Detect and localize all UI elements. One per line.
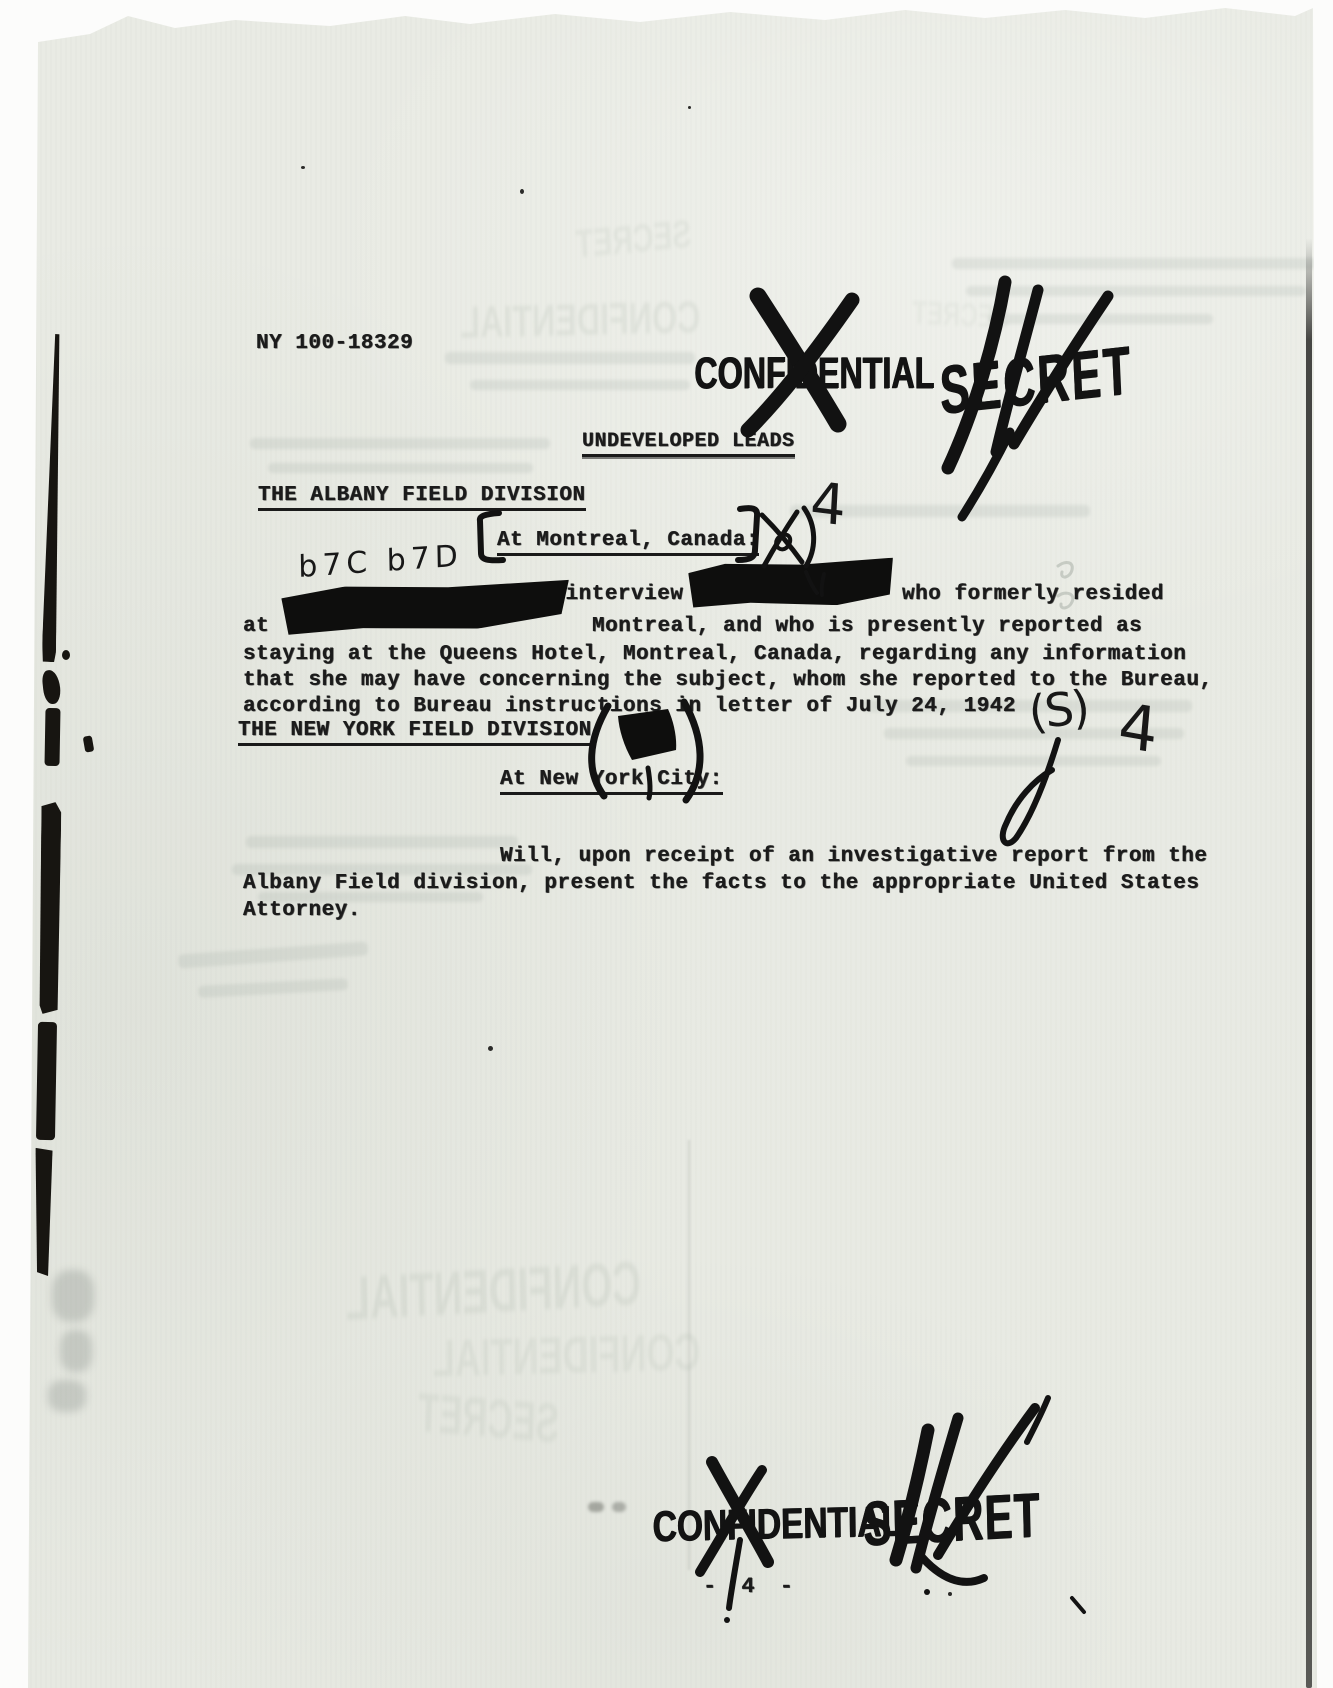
toner-smudge	[250, 438, 550, 449]
handwritten-exemption-codes: b7C b7D	[298, 539, 463, 586]
toner-smudge	[588, 1502, 604, 1512]
copier-streak	[44, 708, 60, 766]
toner-smudge	[246, 836, 518, 848]
newyork-paragraph-line1: Will, upon receipt of an investigative r…	[500, 845, 1208, 868]
copier-streak	[83, 735, 95, 752]
handwritten-classification-mark: (S)	[1026, 680, 1090, 740]
toner-smudge	[470, 380, 690, 390]
file-number: NY 100-18329	[256, 332, 413, 355]
toner-smudge	[445, 352, 695, 364]
albany-location-heading: At Montreal, Canada:	[497, 529, 759, 553]
toner-smudge	[966, 286, 1306, 296]
bleedthrough-secret-stamp: SECRET	[575, 210, 693, 267]
toner-speck	[688, 106, 691, 109]
albany-paragraph-line1-post: who formerly resided	[902, 583, 1164, 606]
handwritten-numeral-4: 4	[1116, 688, 1161, 768]
newyork-paragraph-line2: Albany Field division, present the facts…	[243, 872, 1199, 895]
albany-paragraph-line5: according to Bureau instructions in lett…	[243, 695, 1016, 718]
toner-blob-smudge	[52, 1270, 94, 1322]
secret-stamp-top: SECRET	[938, 331, 1134, 430]
toner-speck	[948, 1592, 952, 1596]
copier-streak	[34, 1148, 52, 1276]
bleedthrough-confidential-stamp: CONFIDENTIAL	[345, 1248, 642, 1334]
document-page: SECRET CONFIDENTIAL SECRET CONFIDENTIAL …	[0, 0, 1333, 1688]
copier-streak	[36, 1022, 57, 1140]
toner-smudge	[268, 463, 533, 473]
bleedthrough-confidential-stamp: CONFIDENTIAL	[460, 292, 701, 349]
copier-streak	[42, 334, 65, 662]
toner-blob-smudge	[60, 1330, 92, 1372]
bleedthrough-confidential-stamp: CONFIDENTIAL	[432, 1322, 700, 1389]
albany-paragraph-line2-pre: at	[243, 615, 269, 638]
undeveloped-leads-heading: UNDEVELOPED LEADS	[582, 430, 795, 454]
secret-stamp-bottom: SECRET	[862, 1479, 1041, 1560]
redaction-bar	[688, 558, 894, 609]
confidential-stamp-top: CONFIDENTIAL	[694, 348, 934, 399]
page-number: - 4 -	[703, 1574, 799, 1599]
toner-smudge	[198, 978, 348, 998]
newyork-location-heading: At New York City:	[500, 768, 723, 792]
copier-streak	[41, 669, 61, 705]
albany-paragraph-line3: staying at the Queens Hotel, Montreal, C…	[243, 643, 1186, 666]
toner-smudge	[612, 1502, 626, 1512]
toner-blob-smudge	[48, 1380, 86, 1412]
toner-smudge	[952, 258, 1320, 269]
newyork-division-heading: THE NEW YORK FIELD DIVISION	[238, 719, 592, 743]
albany-division-heading: THE ALBANY FIELD DIVISION	[258, 484, 586, 508]
scan-background: SECRET CONFIDENTIAL SECRET CONFIDENTIAL …	[0, 0, 1333, 1688]
toner-smudge	[988, 314, 1213, 324]
bleedthrough-secret-stamp: SECRET	[417, 1380, 560, 1455]
toner-speck	[488, 1046, 493, 1051]
newyork-paragraph-line3: Attorney.	[243, 899, 361, 922]
copier-streak	[39, 802, 62, 1014]
page-edge-shadow	[1306, 238, 1312, 1688]
handwritten-numeral-4: 4	[809, 470, 848, 539]
toner-smudge	[178, 941, 369, 968]
toner-speck	[301, 166, 305, 169]
albany-paragraph-line2-post: Montreal, and who is presently reported …	[592, 615, 1142, 638]
copier-streak	[62, 650, 70, 660]
redaction-bar	[281, 578, 571, 636]
toner-speck	[520, 189, 524, 194]
